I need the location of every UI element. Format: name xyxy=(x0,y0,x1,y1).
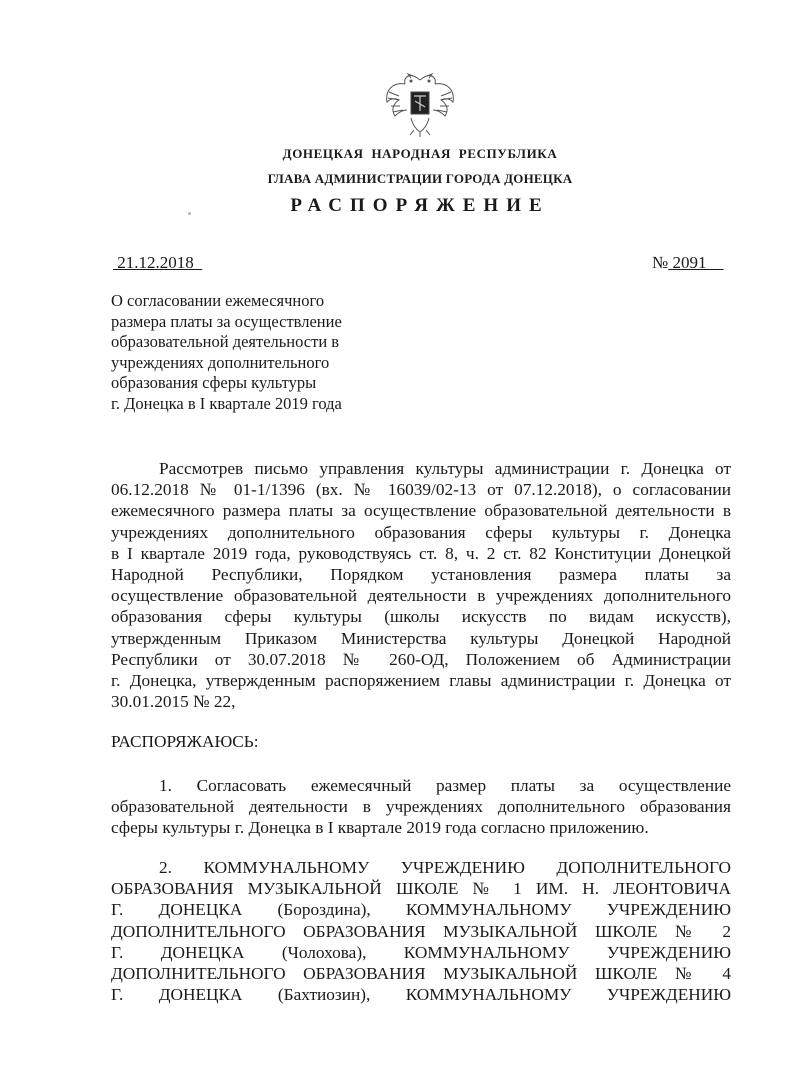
subject-line: размера платы за осуществление xyxy=(111,312,391,333)
subject-line: образовательной деятельности в xyxy=(111,332,391,353)
subject-line: учреждениях дополнительного xyxy=(111,353,391,374)
text-line: в I квартале 2019 года, руководствуясь с… xyxy=(111,543,731,564)
text-line: ОБРАЗОВАНИЯ МУЗЫКАЛЬНОЙ ШКОЛЕ № 1 ИМ. Н.… xyxy=(111,878,731,899)
subject-line: О согласовании ежемесячного xyxy=(111,291,391,312)
text-line: утвержденным Приказом Министерства культ… xyxy=(111,628,731,649)
text-line: ДОПОЛНИТЕЛЬНОГО ОБРАЗОВАНИЯ МУЗЫКАЛЬНОЙ … xyxy=(111,963,731,984)
issuer-name: ГЛАВА АДМИНИСТРАЦИИ ГОРОДА ДОНЕЦКА xyxy=(0,171,785,187)
text-line: образовательной деятельности в учреждени… xyxy=(111,796,731,817)
text-line: 30.01.2015 № 22, xyxy=(111,691,731,712)
republic-name: ДОНЕЦКАЯ НАРОДНАЯ РЕСПУБЛИКА xyxy=(0,146,785,162)
document-date: 21.12.2018 xyxy=(113,253,202,273)
text-line: Рассмотрев письмо управления культуры ад… xyxy=(111,458,731,479)
scan-speck xyxy=(188,212,191,215)
text-line: учреждениях дополнительного образования … xyxy=(111,522,731,543)
text-line: ДОПОЛНИТЕЛЬНОГО ОБРАЗОВАНИЯ МУЗЫКАЛЬНОЙ … xyxy=(111,921,731,942)
subject-line: г. Донецка в I квартале 2019 года xyxy=(111,394,391,415)
item-2-paragraph: 2. КОММУНАЛЬНОМУ УЧРЕЖДЕНИЮ ДОПОЛНИТЕЛЬН… xyxy=(111,857,731,1005)
item-1-paragraph: 1. Согласовать ежемесячный размер платы … xyxy=(111,775,731,839)
text-line: 1. Согласовать ежемесячный размер платы … xyxy=(111,775,731,796)
text-line: 06.12.2018 № 01-1/1396 (вх. № 16039/02-1… xyxy=(111,479,731,500)
decree-word: РАСПОРЯЖАЮСЬ: xyxy=(111,732,259,752)
text-line: Г. ДОНЕЦКА (Чолохова), КОММУНАЛЬНОМУ УЧР… xyxy=(111,942,731,963)
text-line: 2. КОММУНАЛЬНОМУ УЧРЕЖДЕНИЮ ДОПОЛНИТЕЛЬН… xyxy=(111,857,731,878)
text-line: Республики от 30.07.2018 № 260-ОД, Полож… xyxy=(111,649,731,670)
text-line: ежемесячного размера платы за осуществле… xyxy=(111,500,731,521)
coat-of-arms-icon xyxy=(381,68,459,138)
text-line: Г. ДОНЕЦКА (Бороздина), КОММУНАЛЬНОМУ УЧ… xyxy=(111,899,731,920)
document-number: № 2091 xyxy=(652,253,723,273)
text-line: сферы культуры г. Донецка в I квартале 2… xyxy=(111,817,731,838)
text-line: г. Донецка, утвержденным распоряжением г… xyxy=(111,670,731,691)
text-line: Г. ДОНЕЦКА (Бахтиозин), КОММУНАЛЬНОМУ УЧ… xyxy=(111,984,731,1005)
number-label: № xyxy=(652,253,668,272)
text-line: осуществление образовательной деятельнос… xyxy=(111,585,731,606)
document-title: РАСПОРЯЖЕНИЕ xyxy=(0,195,785,217)
document-subject: О согласовании ежемесячного размера плат… xyxy=(111,291,391,414)
subject-line: образования сферы культуры xyxy=(111,373,391,394)
preamble-paragraph: Рассмотрев письмо управления культуры ад… xyxy=(111,458,731,712)
text-line: образования сферы культуры (школы искусс… xyxy=(111,606,731,627)
text-line: Народной Республики, Порядком установлен… xyxy=(111,564,731,585)
number-value: 2091 xyxy=(668,253,723,272)
